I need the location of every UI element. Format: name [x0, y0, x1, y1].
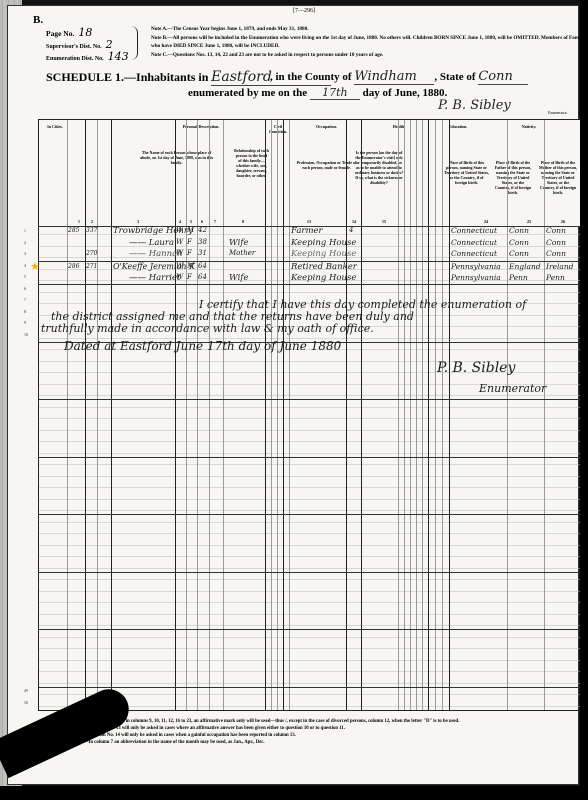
birthplace: Connecticut: [451, 249, 497, 258]
line-number: 1: [24, 228, 26, 233]
rule: [410, 120, 411, 710]
birthplace: Connecticut: [451, 238, 497, 247]
mother-birthplace: Penn: [546, 273, 565, 282]
cert-title: Enumerator: [479, 382, 546, 395]
color: W: [176, 249, 183, 257]
color: W: [176, 226, 183, 234]
form-number: [7—296]: [293, 8, 315, 14]
line-number: 49: [24, 688, 28, 693]
line-number: 7: [24, 297, 26, 302]
rule: [265, 120, 266, 710]
note-b: Note B.—All persons will be included in …: [151, 34, 588, 50]
footnotes: Note D.—In making entries in columns 9, …: [68, 718, 459, 746]
rule: [39, 399, 581, 400]
census-page: [7—296] B. Page No.18 Supervisor's Dist.…: [8, 6, 578, 784]
father-birthplace: Conn: [509, 249, 529, 258]
note-a: Note A.—The Census Year begins June 1, 1…: [151, 24, 588, 34]
line-number: 2: [24, 240, 26, 245]
rule: [271, 120, 272, 710]
col-num: 2: [91, 219, 93, 224]
line-number: 8: [24, 309, 26, 314]
rule: [277, 120, 278, 710]
header-education: Education.: [439, 124, 477, 129]
header-name: The Name of each Person whose place of a…: [139, 150, 214, 165]
scan-border: [580, 0, 588, 800]
color: W: [176, 262, 183, 270]
dwelling-no: 285: [68, 227, 79, 234]
rule: [435, 120, 436, 710]
occupation: Keeping House: [291, 238, 356, 248]
header-relationship: Relationship of each person to the head …: [234, 148, 269, 178]
col-num: 1: [78, 219, 80, 224]
rule: [223, 120, 224, 710]
cert-line-4: Dated at Eastford June 17th day of June …: [64, 339, 341, 353]
father-birthplace: England: [509, 262, 541, 271]
col-num: 26: [561, 219, 565, 224]
scan-border: [0, 786, 588, 800]
table-header: In Cities. The Name of each Person whose…: [39, 120, 581, 218]
rule: [422, 120, 423, 710]
notes: Note A.—The Census Year begins June 1, 1…: [151, 24, 588, 60]
relationship: Wife: [229, 238, 248, 248]
county-line: , in the County of Windham, State of Con…: [270, 69, 528, 85]
rule: [39, 687, 581, 688]
header-birth-person: Place of Birth of this person, naming St…: [444, 160, 489, 185]
state: Conn: [478, 69, 528, 85]
rule: [175, 120, 176, 710]
mother-birthplace: Conn: [546, 238, 566, 247]
birthplace: Pennsylvania: [451, 273, 501, 282]
sex: F: [187, 238, 192, 246]
rule: [283, 120, 284, 710]
col-num: 6: [201, 219, 203, 224]
brace: [131, 26, 138, 60]
col-num: 3: [137, 219, 139, 224]
rule: [404, 120, 405, 710]
sex: F: [187, 249, 192, 257]
line-number: 4: [24, 263, 26, 268]
rule: [186, 120, 187, 710]
birthplace: Pennsylvania: [451, 262, 501, 271]
rule: [398, 120, 399, 710]
rule: [197, 120, 198, 710]
note-e: Note E.—Question No. 13 will only be ask…: [68, 725, 459, 732]
sex: M: [187, 226, 194, 234]
cert-line-3: truthfully made in accordance with law &…: [41, 322, 374, 335]
person-name: —— Harriet: [129, 273, 180, 283]
rule: [544, 120, 545, 710]
line-number: 6: [24, 286, 26, 291]
enumerated-line: enumerated by me on the 17th day of June…: [188, 86, 447, 100]
col-num: 7: [214, 219, 216, 224]
rule: [346, 120, 347, 710]
note-g: Note G.—In column 7 an abbreviation in t…: [68, 739, 459, 746]
line-number: 9: [24, 320, 26, 325]
occupation: Retired Banker: [291, 262, 357, 272]
sex: M: [187, 262, 194, 270]
rule: [39, 572, 581, 573]
rule: [39, 284, 581, 285]
col-num: 13: [307, 219, 311, 224]
rule: [39, 457, 581, 458]
col-num: 15: [382, 219, 386, 224]
header-personal: Personal Description.: [181, 124, 221, 129]
rule: [428, 120, 429, 710]
county: Windham: [354, 69, 434, 85]
rule: [39, 514, 581, 515]
col-num: 14: [352, 219, 356, 224]
note-f: Note F.—Question No. 14 will only be ask…: [68, 732, 459, 739]
age: 64: [198, 273, 207, 281]
note-d: Note D.—In making entries in columns 9, …: [68, 718, 459, 725]
age: 42: [198, 226, 207, 234]
father-birthplace: Conn: [509, 226, 529, 235]
enumeration-dist: Enumeration Dist. No.143: [46, 50, 129, 63]
rule: [39, 629, 581, 630]
note-c: Note C.—Questions Nos. 13, 14, 22 and 23…: [151, 50, 588, 60]
col-num: 4: [179, 219, 181, 224]
mother-birthplace: Conn: [546, 249, 566, 258]
color: W: [176, 238, 183, 246]
col-num: 24: [484, 219, 488, 224]
age: 31: [198, 249, 207, 257]
rule: [361, 120, 362, 710]
form-letter: B.: [33, 14, 43, 26]
family-no: 270: [86, 250, 97, 257]
rule: [449, 120, 450, 710]
line-number: 50: [24, 700, 28, 705]
header-in-cities: In Cities.: [41, 124, 69, 129]
rule: [416, 120, 417, 710]
dwelling-no: 286: [68, 263, 79, 270]
line-number: 3: [24, 251, 26, 256]
mother-birthplace: Conn: [546, 226, 566, 235]
occupation: Keeping House: [291, 273, 356, 283]
person-name: —— Hannah: [129, 249, 183, 259]
day: 17th: [310, 86, 360, 100]
header-occupation: Occupation.: [294, 124, 359, 129]
enumerator-signature: P. B. Sibley: [438, 98, 511, 113]
months-unemployed: 4: [349, 226, 353, 234]
col-num: 25: [527, 219, 531, 224]
father-birthplace: Conn: [509, 238, 529, 247]
header-nativity: Nativity.: [479, 124, 579, 129]
line-number: 5: [24, 274, 26, 279]
line-number: 10: [24, 332, 28, 337]
father-birthplace: Penn: [509, 273, 528, 282]
mother-birthplace: Ireland: [546, 262, 574, 271]
header-birth-father: Place of Birth of the Father of this per…: [494, 160, 532, 195]
age: 64: [198, 262, 207, 270]
occupation: Farmer: [291, 226, 323, 236]
color: W: [176, 273, 183, 281]
rule: [289, 120, 290, 710]
occupation: Keeping House: [291, 249, 356, 259]
family-no: 271: [86, 263, 97, 270]
col-num: 8: [242, 219, 244, 224]
enumerator-label: Enumerator.: [548, 110, 568, 115]
person-name: —— Laura: [129, 238, 174, 248]
age: 38: [198, 238, 207, 246]
rule: [209, 120, 210, 710]
header-profession: Profession, Occupation or Trade of each …: [294, 160, 359, 170]
rule: [111, 120, 112, 710]
birthplace: Connecticut: [451, 226, 497, 235]
col-num: 5: [190, 219, 192, 224]
star-icon: ★: [30, 260, 40, 273]
cert-signature: P. B. Sibley: [437, 360, 515, 376]
rule: [507, 120, 508, 710]
sex: F: [187, 273, 192, 281]
relationship: Mother: [229, 249, 255, 257]
family-no: 337: [86, 227, 97, 234]
rule: [85, 120, 86, 710]
rule: [97, 120, 98, 710]
rule: [67, 120, 68, 710]
census-table: In Cities. The Name of each Person whose…: [38, 119, 582, 711]
rule: [442, 120, 443, 710]
relationship: Wife: [229, 273, 248, 283]
